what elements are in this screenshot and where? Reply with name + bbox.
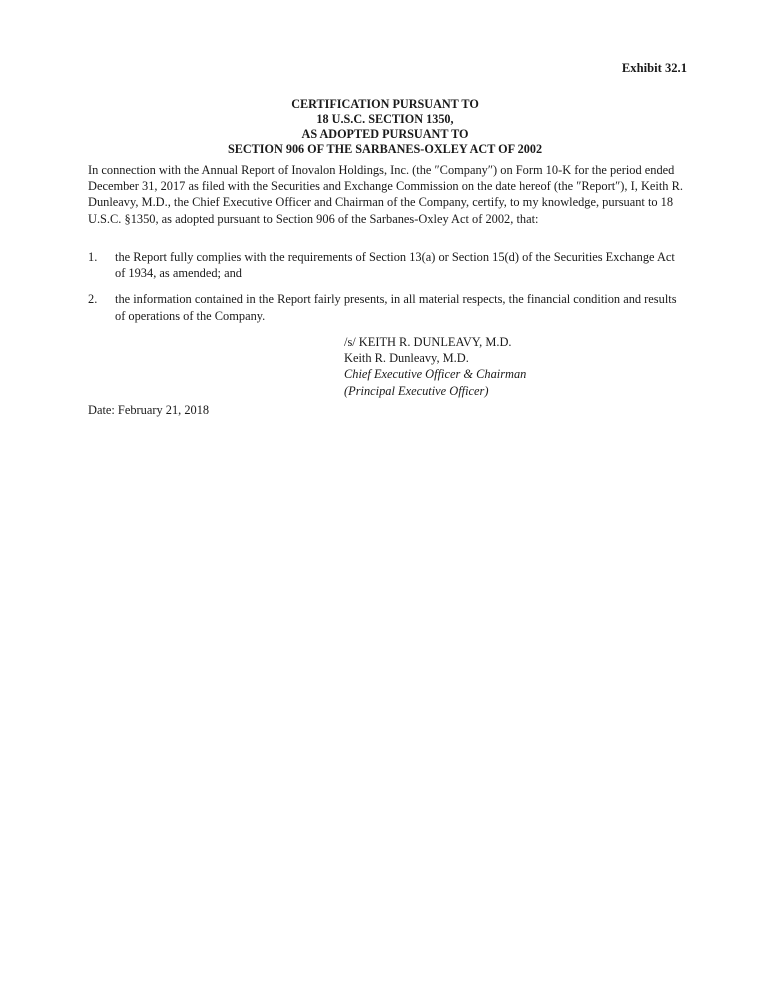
signer-role: (Principal Executive Officer) [344, 383, 526, 399]
date-line: Date: February 21, 2018 [88, 403, 209, 418]
document-page: Exhibit 32.1 CERTIFICATION PURSUANT TO 1… [0, 0, 768, 1000]
title-line: SECTION 906 OF THE SARBANES-OXLEY ACT OF… [80, 142, 690, 157]
list-item-number: 1. [88, 249, 97, 265]
list-item: 2. the information contained in the Repo… [88, 291, 688, 323]
signer-name: Keith R. Dunleavy, M.D. [344, 350, 526, 366]
exhibit-label: Exhibit 32.1 [622, 61, 687, 76]
list-item-text: the information contained in the Report … [115, 292, 677, 322]
title-line: AS ADOPTED PURSUANT TO [80, 127, 690, 142]
certification-list: 1. the Report fully complies with the re… [88, 249, 688, 334]
signature-block: /s/ KEITH R. DUNLEAVY, M.D. Keith R. Dun… [344, 334, 526, 399]
list-item-text: the Report fully complies with the requi… [115, 250, 675, 280]
signer-title: Chief Executive Officer & Chairman [344, 366, 526, 382]
intro-paragraph: In connection with the Annual Report of … [88, 162, 688, 227]
document-title: CERTIFICATION PURSUANT TO 18 U.S.C. SECT… [80, 97, 690, 157]
title-line: 18 U.S.C. SECTION 1350, [80, 112, 690, 127]
signature-line: /s/ KEITH R. DUNLEAVY, M.D. [344, 334, 526, 350]
list-item-number: 2. [88, 291, 97, 307]
list-item: 1. the Report fully complies with the re… [88, 249, 688, 281]
title-line: CERTIFICATION PURSUANT TO [80, 97, 690, 112]
